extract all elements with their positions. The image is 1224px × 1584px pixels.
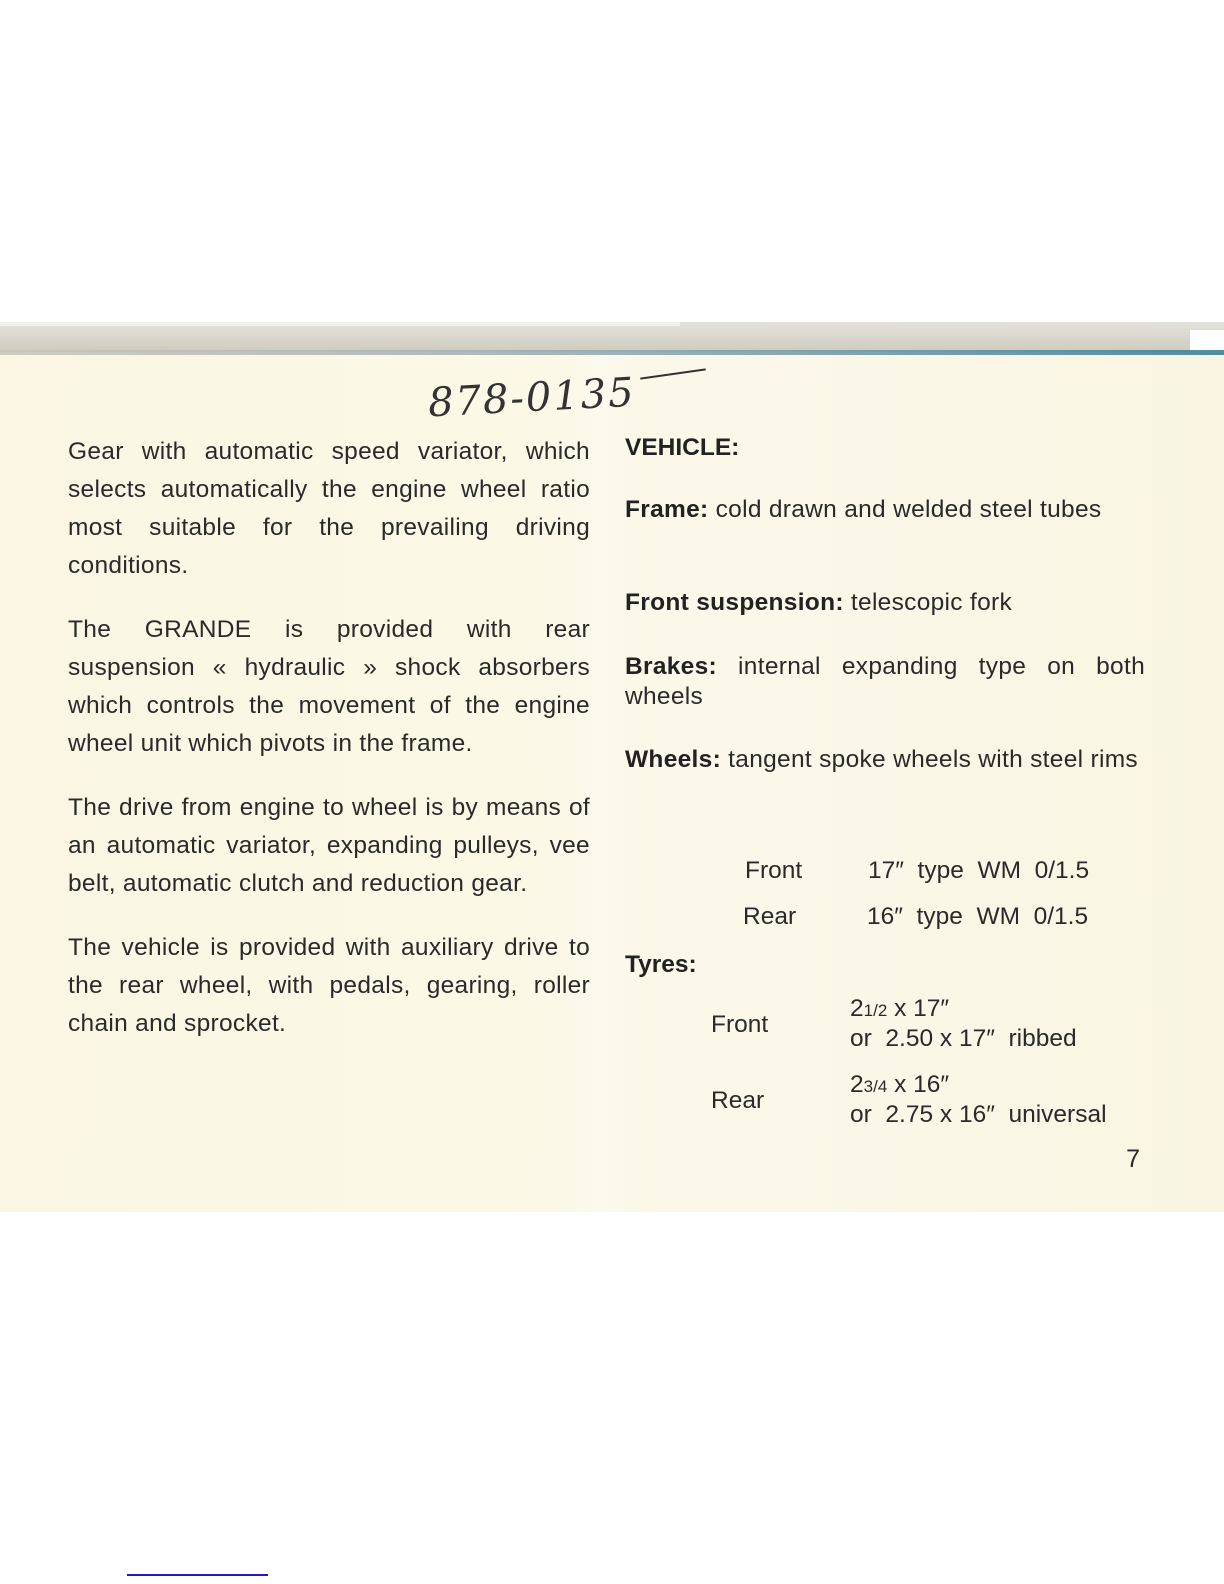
tyre-front-size: 21/2 x 17″: [850, 995, 949, 1022]
tyre-front-rest: x 17″: [887, 995, 949, 1022]
handwritten-stroke: [640, 368, 706, 379]
spec-front-suspension-label: Front suspension:: [625, 589, 844, 616]
paragraph-variator: Gear with automatic speed variator, whic…: [68, 433, 590, 585]
spec-frame-label: Frame:: [625, 496, 709, 523]
paragraph-suspension: The GRANDE is provided with rear suspens…: [68, 611, 590, 763]
spec-front-suspension-text: telescopic fork: [851, 589, 1012, 616]
scan-edge-highlight: [0, 322, 680, 326]
tyre-front-label: Front: [711, 1010, 768, 1040]
rim-rear-value: 16″ type WM 0/1.5: [867, 902, 1088, 932]
tyre-rear-alt: or 2.75 x 16″ universal: [850, 1101, 1107, 1128]
tyre-rear-size: 23/4 x 16″: [850, 1071, 949, 1098]
tyre-rear-value: 23/4 x 16″ or 2.75 x 16″ universal: [850, 1071, 1107, 1129]
spec-wheels-label: Wheels:: [625, 746, 721, 773]
tyre-front-whole: 2: [850, 995, 864, 1022]
tyre-front-value: 21/2 x 17″ or 2.50 x 17″ ribbed: [850, 995, 1077, 1053]
spec-frame: Frame: cold drawn and welded steel tubes: [625, 495, 1145, 525]
tyres-label: Tyres:: [625, 950, 697, 980]
scan-edge-gap: [1190, 330, 1224, 352]
tyre-front-alt: or 2.50 x 17″ ribbed: [850, 1025, 1077, 1052]
blue-underline-mark: [127, 1574, 268, 1576]
tyre-front-fraction: 1/2: [864, 1001, 888, 1020]
paragraph-drive: The drive from engine to wheel is by mea…: [68, 789, 590, 903]
spec-wheels: Wheels: tangent spoke wheels with steel …: [625, 745, 1145, 775]
page-number: 7: [1126, 1145, 1140, 1174]
spec-wheels-text: tangent spoke wheels with steel rims: [728, 746, 1138, 773]
rim-front-label: Front: [745, 856, 802, 886]
tyre-rear-rest: x 16″: [887, 1071, 949, 1098]
booklet-page: 878-0135 Gear with automatic speed varia…: [0, 355, 1224, 1212]
tyre-rear-label: Rear: [711, 1086, 764, 1116]
spec-front-suspension: Front suspension: telescopic fork: [625, 588, 1145, 618]
spec-brakes-label: Brakes:: [625, 653, 717, 680]
left-column: Gear with automatic speed variator, whic…: [68, 433, 590, 1069]
spec-frame-text: cold drawn and welded steel tubes: [716, 496, 1102, 523]
spec-brakes: Brakes: internal expanding type on both …: [625, 652, 1145, 712]
tyre-rear-fraction: 3/4: [864, 1077, 888, 1096]
rim-rear-label: Rear: [743, 902, 796, 932]
scan-edge-top: [0, 322, 1224, 352]
paragraph-auxiliary-drive: The vehicle is provided with auxiliary d…: [68, 929, 590, 1043]
rim-front-value: 17″ type WM 0/1.5: [868, 856, 1089, 886]
vehicle-heading: VEHICLE:: [625, 433, 739, 463]
tyre-rear-whole: 2: [850, 1071, 864, 1098]
